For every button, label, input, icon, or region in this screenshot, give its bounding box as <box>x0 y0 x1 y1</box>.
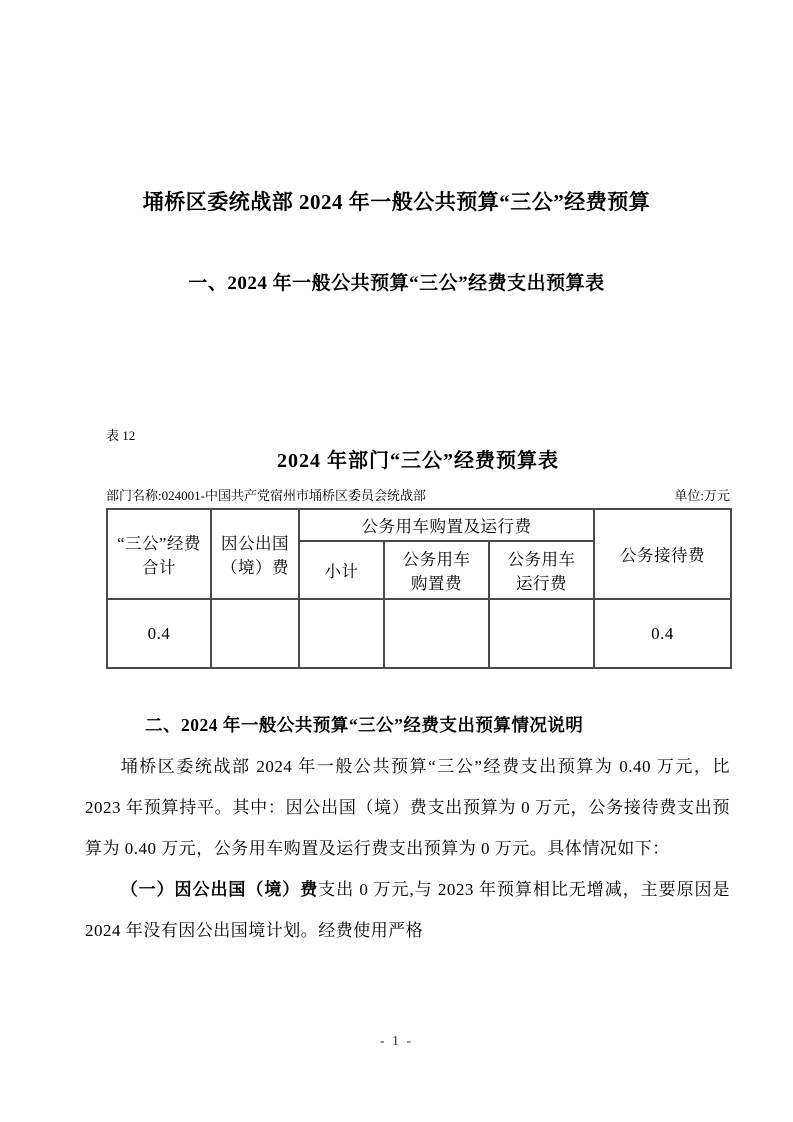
header-vehicle-subtotal: 小计 <box>299 541 384 599</box>
header-vehicle-operation: 公务用车运行费 <box>489 541 594 599</box>
header-vehicle-group: 公务用车购置及运行费 <box>299 509 594 541</box>
value-vehicle-purchase <box>384 599 489 668</box>
table-header-row-1: “三公”经费合计 因公出国（境）费 公务用车购置及运行费 公务接待费 <box>107 509 731 541</box>
section1-heading: 一、2024 年一般公共预算“三公”经费支出预算表 <box>0 268 793 295</box>
table-title: 2024 年部门“三公”经费预算表 <box>106 444 730 473</box>
section2-block: 二、2024 年一般公共预算“三公”经费支出预算情况说明 埇桥区委统战部 202… <box>85 705 730 951</box>
page-number: - 1 - <box>0 1034 793 1050</box>
table-meta-department: 部门名称:024001-中国共产党宿州市埇桥区委员会统战部 <box>106 485 426 504</box>
paragraph-1: 埇桥区委统战部 2024 年一般公共预算“三公”经费支出预算为 0.40 万元，… <box>85 746 730 869</box>
document-title: 埇桥区委统战部 2024 年一般公共预算“三公”经费预算 <box>0 186 793 216</box>
header-sangong-total: “三公”经费合计 <box>107 509 211 599</box>
table-label: 表 12 <box>106 425 135 444</box>
document-page: 埇桥区委统战部 2024 年一般公共预算“三公”经费预算 一、2024 年一般公… <box>0 0 793 1122</box>
section2-heading: 二、2024 年一般公共预算“三公”经费支出预算情况说明 <box>85 705 730 746</box>
value-reception-fee: 0.4 <box>594 599 731 668</box>
value-vehicle-subtotal <box>299 599 384 668</box>
value-vehicle-operation <box>489 599 594 668</box>
paragraph-2: （一）因公出国（境）费支出 0 万元,与 2023 年预算相比无增减，主要原因是… <box>85 869 730 951</box>
paragraph-2-lead: （一）因公出国（境）费 <box>121 880 319 899</box>
table-meta: 部门名称:024001-中国共产党宿州市埇桥区委员会统战部 单位:万元 <box>106 485 730 504</box>
value-sangong-total: 0.4 <box>107 599 211 668</box>
table-data-row: 0.4 0.4 <box>107 599 731 668</box>
value-abroad-fee <box>211 599 299 668</box>
header-abroad-fee: 因公出国（境）费 <box>211 509 299 599</box>
budget-table: “三公”经费合计 因公出国（境）费 公务用车购置及运行费 公务接待费 小计 公务… <box>106 508 732 669</box>
header-reception-fee: 公务接待费 <box>594 509 731 599</box>
header-vehicle-purchase: 公务用车购置费 <box>384 541 489 599</box>
table-meta-unit: 单位:万元 <box>674 485 730 504</box>
